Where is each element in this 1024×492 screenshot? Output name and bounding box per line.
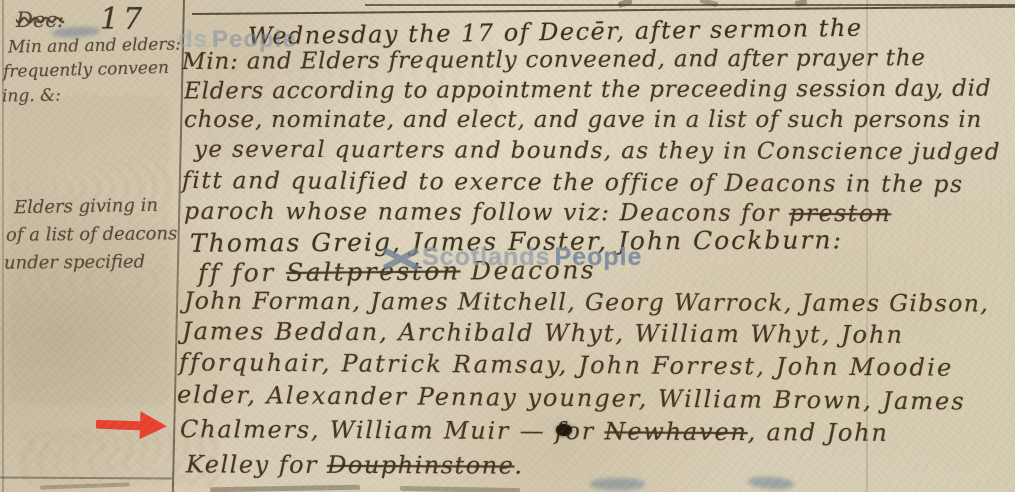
line-segment: ye several quarters and bounds, as they …: [194, 137, 1001, 166]
line-segment: elder, Alexander Pennay younger, William…: [177, 381, 966, 416]
line-segment: Wednesday the 17 of Decēr, after sermon …: [248, 14, 863, 51]
cutoff-stroke: [40, 482, 130, 489]
line-segment: Deacons: [460, 255, 596, 285]
struck-text: Newhaven: [604, 417, 747, 446]
manuscript-line-2: Min: and Elders frequently conveened, an…: [182, 45, 926, 75]
manuscript-line-10: John Forman, James Mitchell, Georg Warro…: [184, 287, 989, 318]
manuscript-line-12: fforquhair, Patrick Ramsay, John Forrest…: [179, 348, 954, 381]
margin-note-line: ing. &:: [2, 85, 61, 106]
top-rule: [192, 6, 1018, 15]
line-segment: Thomas Greig, James Foster, John Cockbur…: [190, 225, 843, 257]
paper-edge-strip: [1015, 0, 1024, 492]
manuscript-line-15: Kelley for Douphinstone.: [186, 450, 524, 479]
cutoff-stroke: [400, 486, 520, 492]
line-segment: , and John: [748, 418, 889, 447]
blue-smudge: [590, 478, 645, 490]
bleedthrough-texture: [10, 95, 170, 405]
line-segment: Chalmers, William Muir — for: [180, 415, 605, 445]
top-rule-upper: [365, 4, 1016, 6]
manuscript-line-1: Wednesday the 17 of Decēr, after sermon …: [248, 14, 863, 51]
struck-text: preston: [789, 199, 891, 227]
red-arrow-annotation: [96, 410, 169, 440]
margin-date-day: 17: [100, 2, 146, 37]
margin-note-line: Elders giving in: [14, 195, 158, 219]
margin-note-line: Min and and elders:: [8, 34, 181, 57]
margin-note-line: of a list of deacons: [6, 223, 177, 245]
line-segment: Kelley for: [186, 450, 327, 478]
line-segment: fforquhair, Patrick Ramsay, John Forrest…: [179, 348, 954, 381]
manuscript-line-3: Elders according to appointment the prec…: [184, 76, 991, 105]
line-segment: John Forman, James Mitchell, Georg Warro…: [184, 287, 989, 318]
line-segment: chose, nominate, and elect, and gave in …: [184, 107, 982, 133]
arrow-head-icon: [140, 411, 168, 440]
manuscript-line-7: paroch whose names follow viz: Deacons f…: [184, 197, 891, 227]
struck-text: Douphinstone: [327, 451, 514, 480]
manuscript-line-5: ye several quarters and bounds, as they …: [194, 137, 1001, 166]
ink-blot: [556, 424, 572, 436]
manuscript-line-11: James Beddan, Archibald Whyt, William Wh…: [182, 317, 904, 349]
manuscript-line-13: elder, Alexander Pennay younger, William…: [177, 381, 966, 416]
struck-text: Saltpreston: [286, 256, 461, 287]
manuscript-line-14: Chalmers, William Muir — for Newhaven, a…: [180, 415, 889, 447]
margin-note-line: under specified: [4, 251, 145, 273]
line-segment: fitt and qualified to exerce the office …: [182, 166, 964, 198]
blue-smudge: [748, 475, 795, 490]
line-segment: ff for: [198, 258, 286, 288]
scanned-manuscript-page: Dec: 17 Min and and elders: frequently c…: [0, 0, 1024, 492]
margin-note-line: frequently conveen: [3, 58, 169, 82]
line-segment: paroch whose names follow viz: Deacons f…: [184, 197, 789, 227]
arrow-shaft: [96, 420, 142, 431]
line-segment: Elders according to appointment the prec…: [184, 76, 991, 105]
cutoff-stroke: [617, 0, 632, 8]
manuscript-line-4: chose, nominate, and elect, and gave in …: [184, 107, 982, 133]
manuscript-line-8: Thomas Greig, James Foster, John Cockbur…: [190, 225, 843, 257]
cutoff-stroke: [210, 485, 360, 492]
manuscript-line-6: fitt and qualified to exerce the office …: [182, 166, 964, 198]
line-segment: James Beddan, Archibald Whyt, William Wh…: [182, 317, 904, 349]
line-segment: Min: and Elders frequently conveened, an…: [182, 45, 926, 75]
manuscript-line-9: ff for Saltpreston Deacons: [198, 255, 596, 287]
bottom-left-rule: [0, 477, 172, 479]
line-segment: .: [514, 452, 523, 480]
